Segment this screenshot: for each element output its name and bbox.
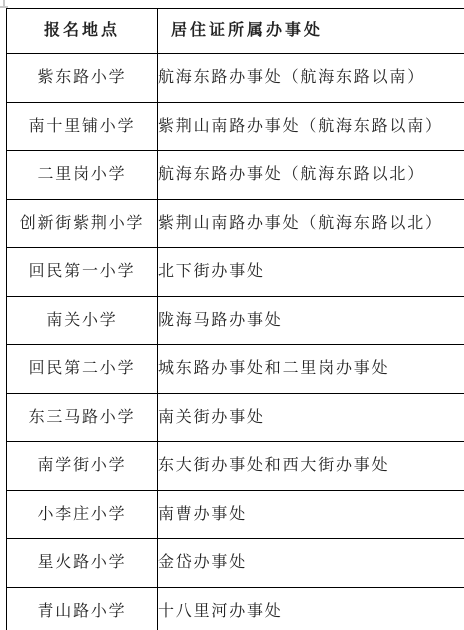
table-row: 南关小学 陇海马路办事处 (7, 296, 464, 345)
table-row: 回民第一小学 北下街办事处 (7, 248, 464, 297)
school-cell: 小李庄小学 (7, 490, 158, 539)
school-cell: 南学街小学 (7, 442, 158, 491)
office-cell: 航海东路办事处（航海东路以北） (158, 151, 464, 200)
table-row: 青山路小学 十八里河办事处 (7, 587, 464, 630)
table-row: 南学街小学 东大街办事处和西大街办事处 (7, 442, 464, 491)
school-cell: 创新街紫荆小学 (7, 199, 158, 248)
office-cell: 紫荆山南路办事处（航海东路以北） (158, 199, 464, 248)
school-cell: 二里岗小学 (7, 151, 158, 200)
school-cell: 南关小学 (7, 296, 158, 345)
table-row: 星火路小学 金岱办事处 (7, 539, 464, 588)
table-row: 紫东路小学 航海东路办事处（航海东路以南） (7, 54, 464, 103)
school-cell: 青山路小学 (7, 587, 158, 630)
column-header-residence-permit-office: 居住证所属办事处 (158, 9, 464, 54)
office-cell: 十八里河办事处 (158, 587, 464, 630)
office-cell: 紫荆山南路办事处（航海东路以南） (158, 102, 464, 151)
school-cell: 回民第二小学 (7, 345, 158, 394)
registration-locations-table: 报名地点 居住证所属办事处 紫东路小学 航海东路办事处（航海东路以南） 南十里铺… (6, 8, 464, 630)
office-cell: 北下街办事处 (158, 248, 464, 297)
school-cell: 南十里铺小学 (7, 102, 158, 151)
office-cell: 金岱办事处 (158, 539, 464, 588)
table-row: 回民第二小学 城东路办事处和二里岗办事处 (7, 345, 464, 394)
column-header-registration-location: 报名地点 (7, 9, 158, 54)
table-row: 二里岗小学 航海东路办事处（航海东路以北） (7, 151, 464, 200)
office-cell: 航海东路办事处（航海东路以南） (158, 54, 464, 103)
table-header-row: 报名地点 居住证所属办事处 (7, 9, 464, 54)
office-cell: 陇海马路办事处 (158, 296, 464, 345)
table-row: 小李庄小学 南曹办事处 (7, 490, 464, 539)
school-cell: 紫东路小学 (7, 54, 158, 103)
office-cell: 城东路办事处和二里岗办事处 (158, 345, 464, 394)
table-row: 南十里铺小学 紫荆山南路办事处（航海东路以南） (7, 102, 464, 151)
school-cell: 东三马路小学 (7, 393, 158, 442)
table-row: 创新街紫荆小学 紫荆山南路办事处（航海东路以北） (7, 199, 464, 248)
school-cell: 星火路小学 (7, 539, 158, 588)
table-row: 东三马路小学 南关街办事处 (7, 393, 464, 442)
school-cell: 回民第一小学 (7, 248, 158, 297)
office-cell: 南关街办事处 (158, 393, 464, 442)
office-cell: 南曹办事处 (158, 490, 464, 539)
office-cell: 东大街办事处和西大街办事处 (158, 442, 464, 491)
